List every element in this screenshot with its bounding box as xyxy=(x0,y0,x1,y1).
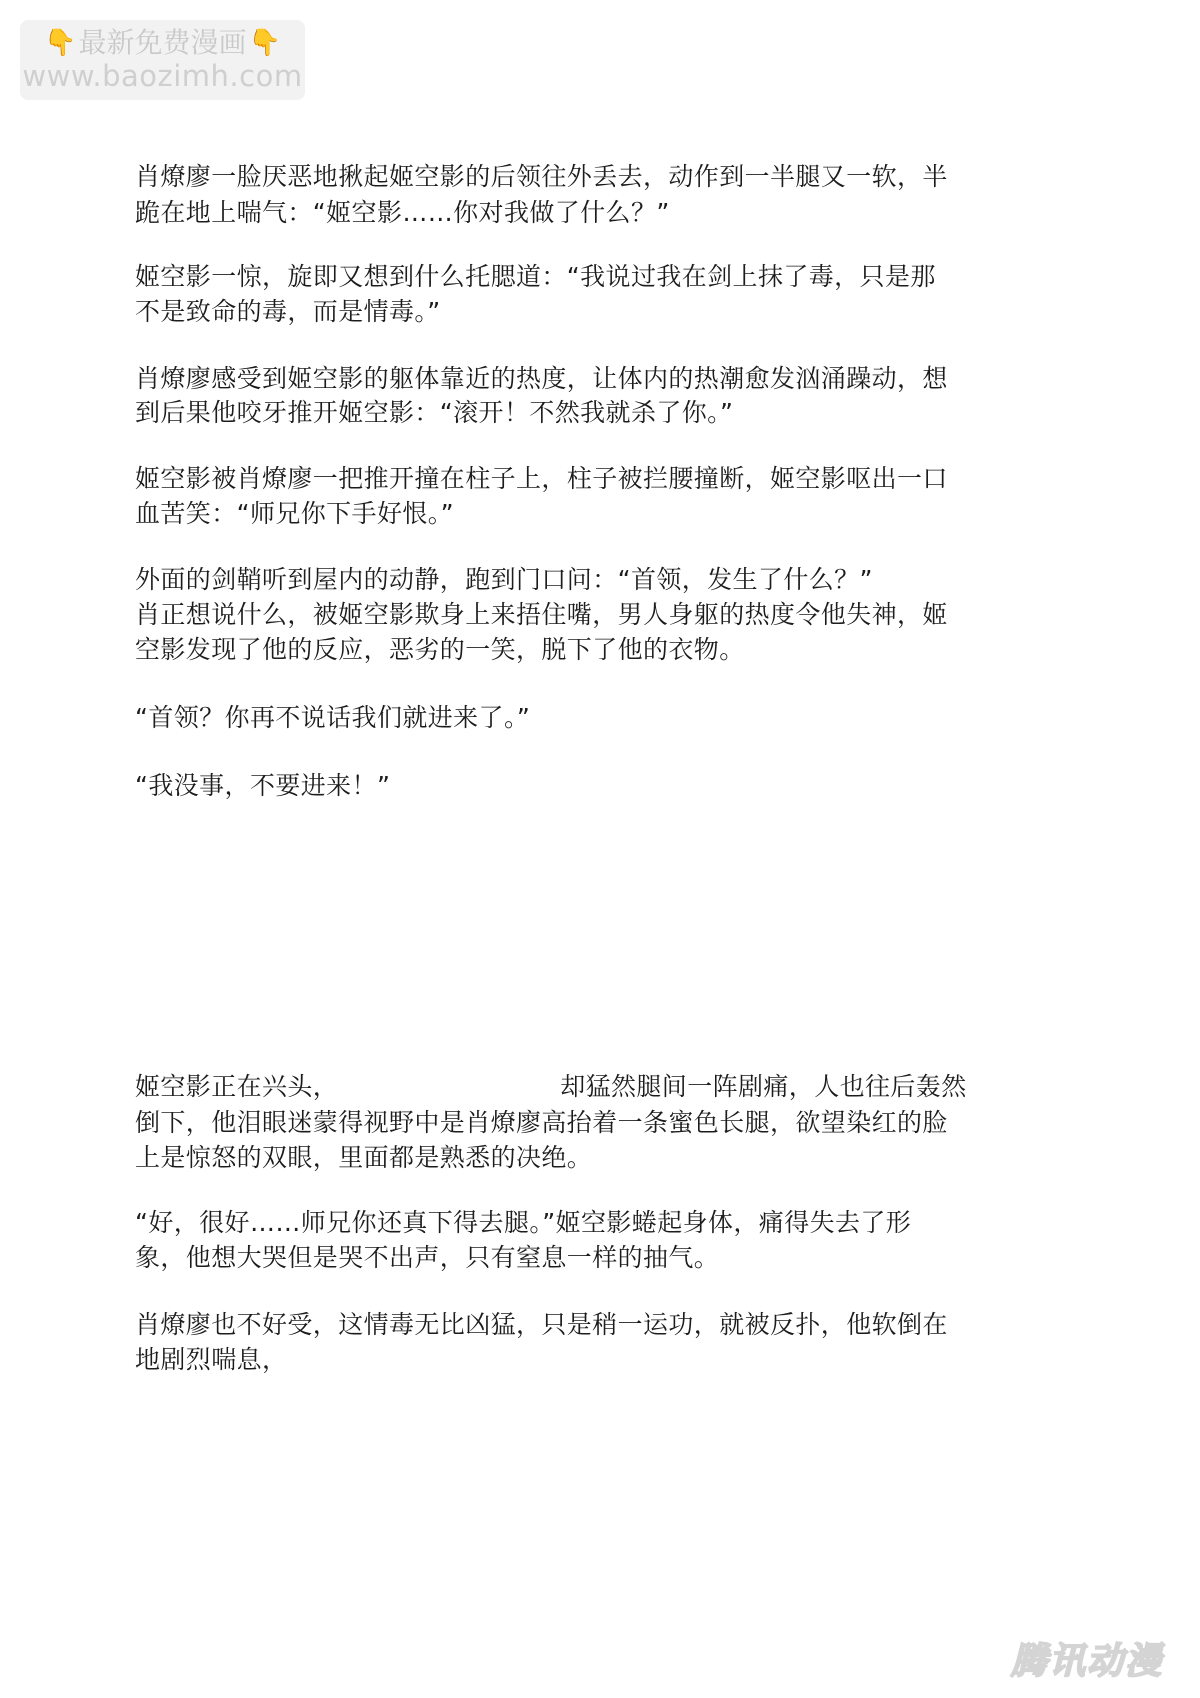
text-line: 象，他想大哭但是哭不出声，只有窒息一样的抽气。 xyxy=(135,1241,719,1275)
text-line: 姬空影一惊，旋即又想到什么托腮道：“我说过我在剑上抹了毒，只是那 xyxy=(135,260,936,294)
text-segment: 却猛然腿间一阵剧痛，人也往后轰然 xyxy=(560,1072,966,1101)
text-line: 地剧烈喘息， xyxy=(135,1343,287,1377)
text-segment: 姬空影正在兴头， xyxy=(135,1072,338,1101)
text-line: 上是惊怒的双眼，里面都是熟悉的决绝。 xyxy=(135,1141,592,1175)
text-line: 不是致命的毒，而是情毒。” xyxy=(135,295,441,329)
pointing-down-hand-icon: 👇 xyxy=(44,28,76,58)
text-line: 外面的剑鞘听到屋内的动静，跑到门口问：“首领，发生了什么？” xyxy=(135,563,873,597)
text-line: 肖燎廖也不好受，这情毒无比凶猛，只是稍一运功，就被反扑，他软倒在 xyxy=(135,1308,948,1342)
text-line: 血苦笑：“师兄你下手好恨。” xyxy=(135,497,454,531)
text-line: 肖正想说什么，被姬空影欺身上来捂住嘴，男人身躯的热度令他失神，姬 xyxy=(135,598,948,632)
text-line: 到后果他咬牙推开姬空影：“滚开！不然我就杀了你。” xyxy=(135,396,733,430)
tencent-comics-logo: 腾讯动漫 xyxy=(992,1636,1182,1680)
text-line: “好，很好……师兄你还真下得去腿。”姬空影蜷起身体，痛得失去了形 xyxy=(135,1206,911,1240)
text-line: 姬空影正在兴头，却猛然腿间一阵剧痛，人也往后轰然 xyxy=(135,1070,967,1104)
text-line: “首领？你再不说话我们就进来了。” xyxy=(135,701,530,735)
text-line: 倒下，他泪眼迷蒙得视野中是肖燎廖高抬着一条蜜色长腿，欲望染红的脸 xyxy=(135,1106,948,1140)
text-line: 跪在地上喘气：“姬空影……你对我做了什么？” xyxy=(135,196,670,230)
watermark-title-row: 👇 最新免费漫画 👇 xyxy=(44,27,281,59)
text-line: 空影发现了他的反应，恶劣的一笑，脱下了他的衣物。 xyxy=(135,633,745,667)
site-watermark: 👇 最新免费漫画 👇 www.baozimh.com xyxy=(20,20,305,100)
watermark-title: 最新免费漫画 xyxy=(78,27,246,59)
text-line: 肖燎廖一脸厌恶地揪起姬空影的后领往外丢去，动作到一半腿又一软，半 xyxy=(135,160,948,194)
text-line: 肖燎廖感受到姬空影的躯体靠近的热度，让体内的热潮愈发汹涌躁动，想 xyxy=(135,362,948,396)
watermark-url: www.baozimh.com xyxy=(22,59,302,93)
pointing-down-hand-icon: 👇 xyxy=(249,28,281,58)
text-line: “我没事，不要进来！” xyxy=(135,769,390,803)
text-line: 姬空影被肖燎廖一把推开撞在柱子上，柱子被拦腰撞断，姬空影呕出一口 xyxy=(135,462,948,496)
